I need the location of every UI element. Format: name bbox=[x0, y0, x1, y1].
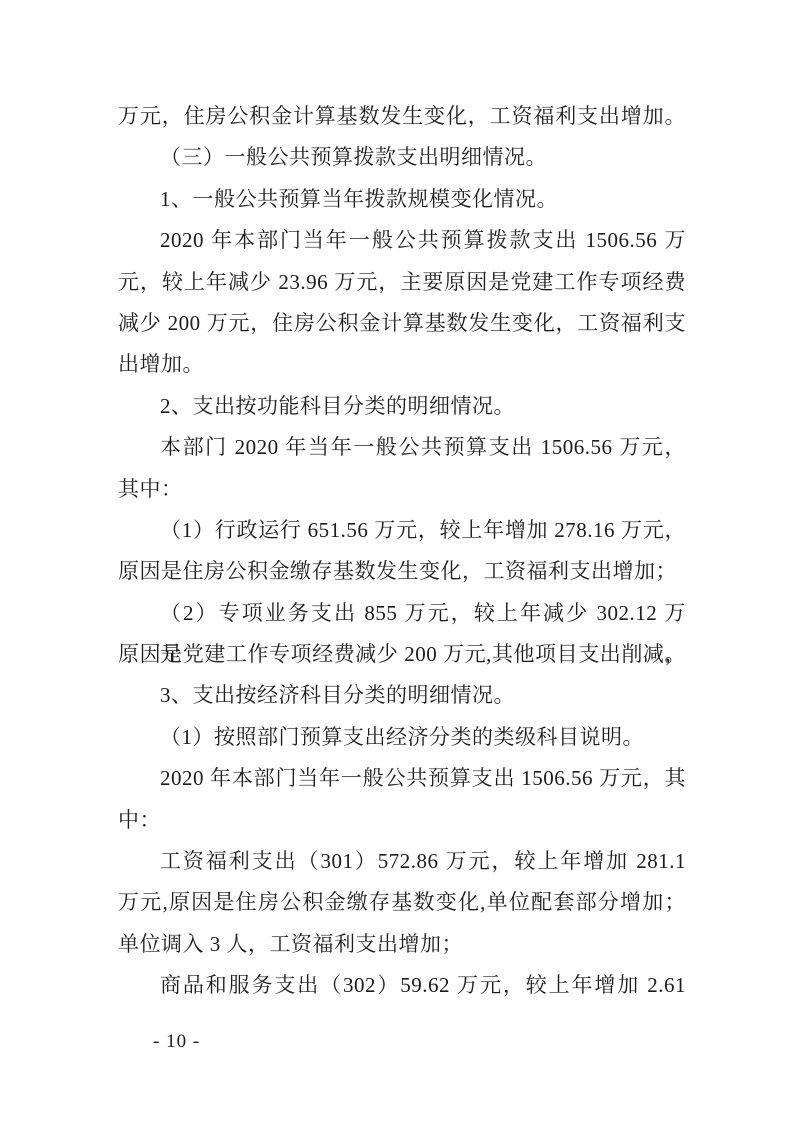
text-line: （2）专项业务支出 855 万元，较上年减少 302.12 万元， bbox=[118, 593, 686, 634]
text-line: 万元，住房公积金计算基数发生变化，工资福利支出增加。 bbox=[118, 96, 686, 137]
text-line: 其中： bbox=[118, 469, 686, 510]
text-line: 1、一般公共预算当年拨款规模变化情况。 bbox=[118, 179, 686, 220]
text-line: 2020 年本部门当年一般公共预算支出 1506.56 万元，其 bbox=[118, 758, 686, 799]
document-page: 万元，住房公积金计算基数发生变化，工资福利支出增加。（三）一般公共预算拨款支出明… bbox=[0, 0, 793, 1122]
text-line: 元，较上年减少 23.96 万元，主要原因是党建工作专项经费 bbox=[118, 262, 686, 303]
text-line: 本部门 2020 年当年一般公共预算支出 1506.56 万元， bbox=[118, 427, 686, 468]
page-number: - 10 - bbox=[153, 1030, 200, 1054]
text-line: 中： bbox=[118, 800, 686, 841]
text-line: 2020 年本部门当年一般公共预算拨款支出 1506.56 万 bbox=[118, 220, 686, 261]
text-line: （1）按照部门预算支出经济分类的类级科目说明。 bbox=[118, 717, 686, 758]
document-body: 万元，住房公积金计算基数发生变化，工资福利支出增加。（三）一般公共预算拨款支出明… bbox=[118, 96, 686, 1007]
text-line: 单位调入 3 人，工资福利支出增加； bbox=[118, 924, 686, 965]
text-line: 出增加。 bbox=[118, 344, 686, 385]
text-line: 2、支出按功能科目分类的明细情况。 bbox=[118, 386, 686, 427]
text-line: （三）一般公共预算拨款支出明细情况。 bbox=[118, 137, 686, 178]
text-line: 原因是党建工作专项经费减少 200 万元,其他项目支出削减。 bbox=[118, 634, 686, 675]
text-line: （1）行政运行 651.56 万元，较上年增加 278.16 万元， bbox=[118, 510, 686, 551]
text-line: 减少 200 万元，住房公积金计算基数发生变化，工资福利支 bbox=[118, 303, 686, 344]
text-line: 3、支出按经济科目分类的明细情况。 bbox=[118, 675, 686, 716]
text-line: 工资福利支出（301）572.86 万元，较上年增加 281.1 bbox=[118, 841, 686, 882]
text-line: 商品和服务支出（302）59.62 万元，较上年增加 2.61 bbox=[118, 965, 686, 1006]
text-line: 万元,原因是住房公积金缴存基数变化,单位配套部分增加； bbox=[118, 882, 686, 923]
text-line: 原因是住房公积金缴存基数发生变化，工资福利支出增加； bbox=[118, 551, 686, 592]
